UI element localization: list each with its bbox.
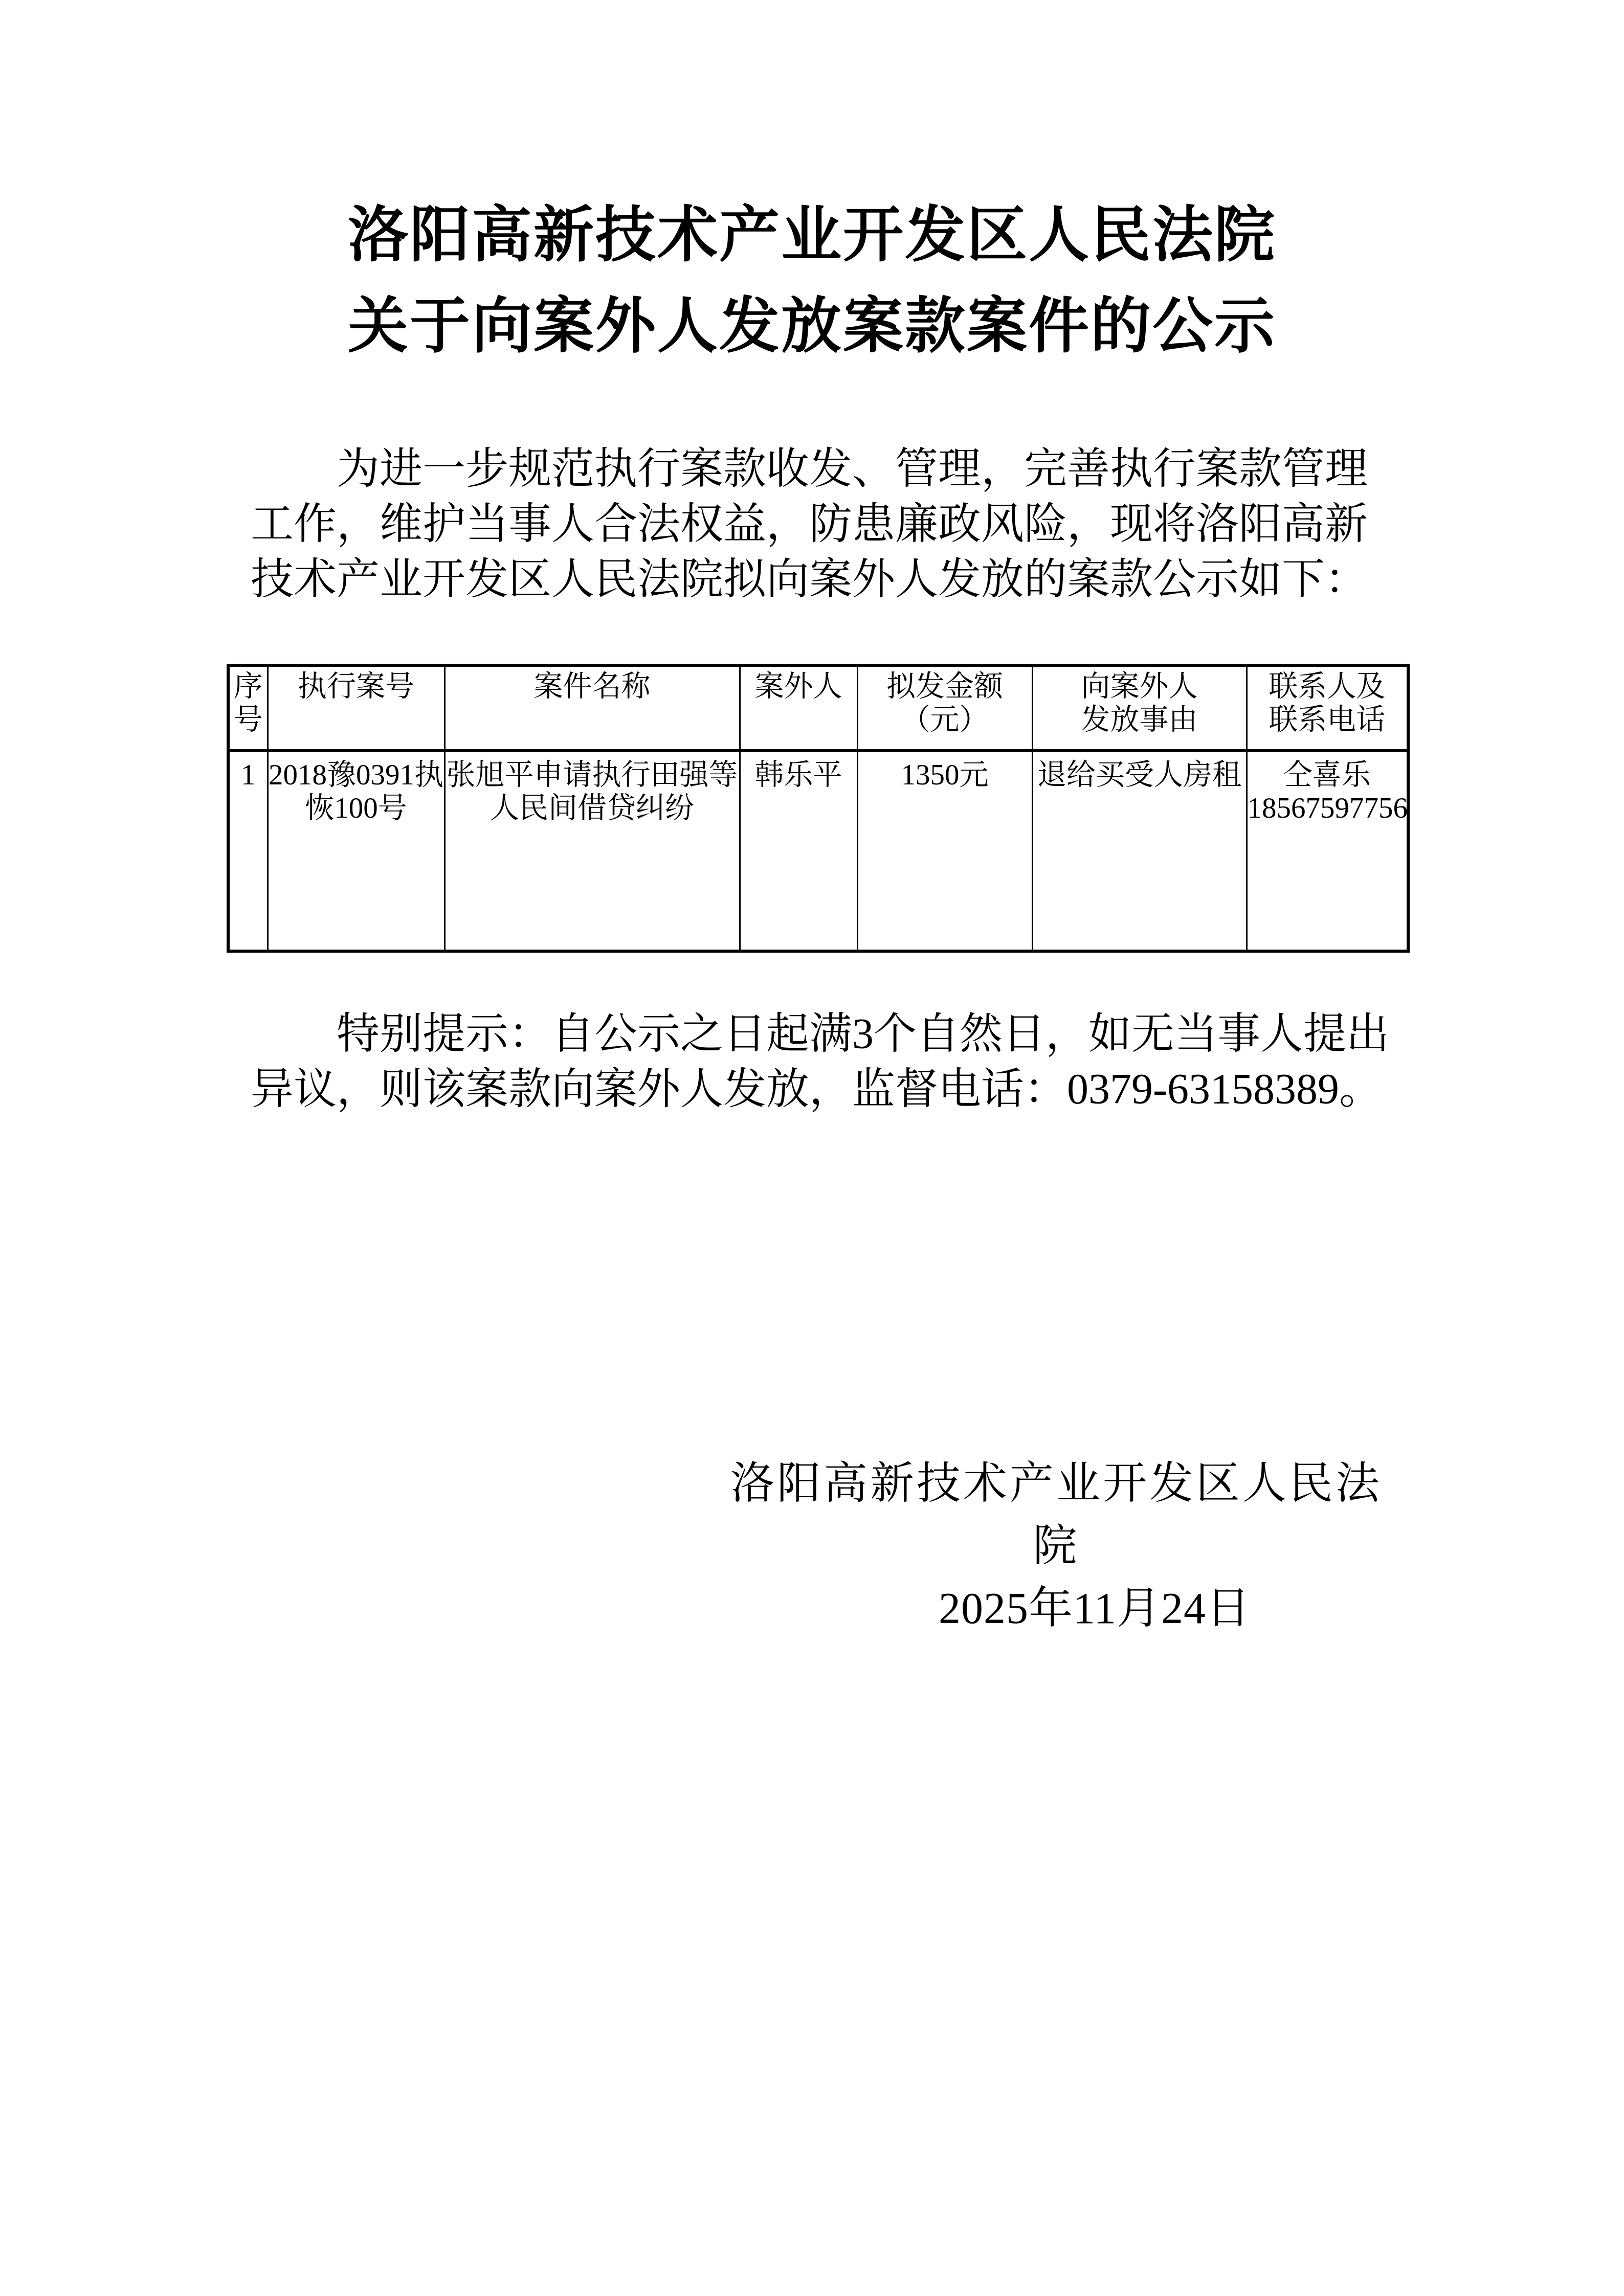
intro-paragraph: 为进一步规范执行案款收发、管理，完善执行案款管理 工作，维护当事人合法权益，防患… — [251, 442, 1384, 607]
case-table: 序 号 执行案号 案件名称 案外人 拟发金额 （元） 向案外人 发放事由 联系人… — [227, 664, 1410, 953]
document-page: 洛阳高新技术产业开发区人民法院 关于向案外人发放案款案件的公示 为进一步规范执行… — [0, 0, 1624, 2296]
cell-reason: 退给买受人房租 — [1032, 751, 1247, 951]
column-header-reason: 向案外人 发放事由 — [1032, 665, 1247, 751]
column-header-outsider: 案外人 — [740, 665, 857, 751]
column-header-case-number: 执行案号 — [268, 665, 444, 751]
table-header-row: 序 号 执行案号 案件名称 案外人 拟发金额 （元） 向案外人 发放事由 联系人… — [228, 665, 1408, 751]
cell-serial-number: 1 — [228, 751, 268, 951]
signature-court: 洛阳高新技术产业开发区人民法院 — [726, 1452, 1386, 1577]
intro-line-1: 为进一步规范执行案款收发、管理，完善执行案款管理 — [251, 442, 1384, 497]
cell-contact: 仝喜乐 18567597756 — [1247, 751, 1408, 951]
signature-date: 2025年11月24日 — [803, 1577, 1386, 1639]
cell-amount: 1350元 — [857, 751, 1032, 951]
column-header-amount: 拟发金额 （元） — [857, 665, 1032, 751]
cell-outsider: 韩乐平 — [740, 751, 857, 951]
cell-case-number: 2018豫0391执 恢100号 — [268, 751, 444, 951]
notice-line-2: 异议，则该案款向案外人发放，监督电话：0379-63158389。 — [251, 1062, 1384, 1117]
table-row: 1 2018豫0391执 恢100号 张旭平申请执行田强等 人民间借贷纠纷 韩乐… — [228, 751, 1408, 951]
column-header-serial-number: 序 号 — [228, 665, 268, 751]
signature-block: 洛阳高新技术产业开发区人民法院 2025年11月24日 — [726, 1452, 1386, 1639]
notice-paragraph: 特别提示：自公示之日起满3个自然日，如无当事人提出 异议，则该案款向案外人发放，… — [251, 1007, 1384, 1117]
column-header-contact: 联系人及 联系电话 — [1247, 665, 1408, 751]
intro-line-3: 技术产业开发区人民法院拟向案外人发放的案款公示如下： — [251, 552, 1384, 607]
notice-line-1: 特别提示：自公示之日起满3个自然日，如无当事人提出 — [251, 1007, 1384, 1062]
title-line-1: 洛阳高新技术产业开发区人民法院 — [0, 190, 1624, 281]
title-line-2: 关于向案外人发放案款案件的公示 — [0, 281, 1624, 372]
cell-case-name: 张旭平申请执行田强等 人民间借贷纠纷 — [444, 751, 740, 951]
intro-line-2: 工作，维护当事人合法权益，防患廉政风险，现将洛阳高新 — [251, 497, 1384, 552]
document-title: 洛阳高新技术产业开发区人民法院 关于向案外人发放案款案件的公示 — [0, 190, 1624, 372]
column-header-case-name: 案件名称 — [444, 665, 740, 751]
